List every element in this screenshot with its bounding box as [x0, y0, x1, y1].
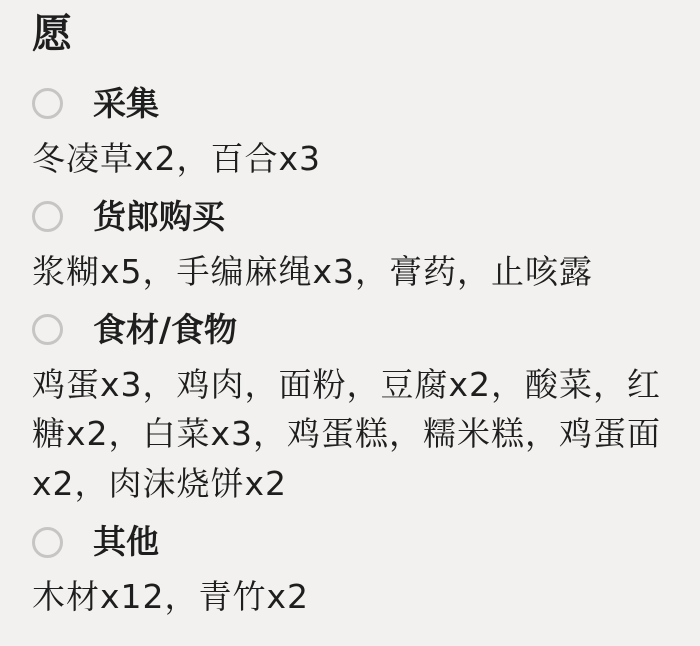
- checkbox-icon[interactable]: [32, 527, 63, 558]
- section-label: 采集: [93, 84, 159, 124]
- checkbox-icon[interactable]: [32, 88, 63, 119]
- checkbox-icon[interactable]: [32, 201, 63, 232]
- section-header-gathering: 采集: [32, 84, 676, 124]
- section-label: 食材/食物: [93, 310, 237, 350]
- section-items: 木材x12，青竹x2: [32, 572, 676, 622]
- section-header-food: 食材/食物: [32, 310, 676, 350]
- section-header-other: 其他: [32, 522, 676, 562]
- section-label: 其他: [93, 522, 159, 562]
- section-header-peddler: 货郎购买: [32, 197, 676, 237]
- section-items: 冬凌草x2，百合x3: [32, 134, 676, 184]
- checkbox-icon[interactable]: [32, 314, 63, 345]
- section-label: 货郎购买: [93, 197, 225, 237]
- wishlist-note: 愿 采集 冬凌草x2，百合x3 货郎购买 浆糊x5，手编麻绳x3，膏药，止咳露 …: [0, 0, 700, 621]
- section-items: 浆糊x5，手编麻绳x3，膏药，止咳露: [32, 247, 676, 297]
- page-title: 愿: [32, 10, 676, 58]
- section-items: 鸡蛋x3，鸡肉，面粉，豆腐x2，酸菜，红糖x2，白菜x3，鸡蛋糕，糯米糕，鸡蛋面…: [32, 360, 676, 509]
